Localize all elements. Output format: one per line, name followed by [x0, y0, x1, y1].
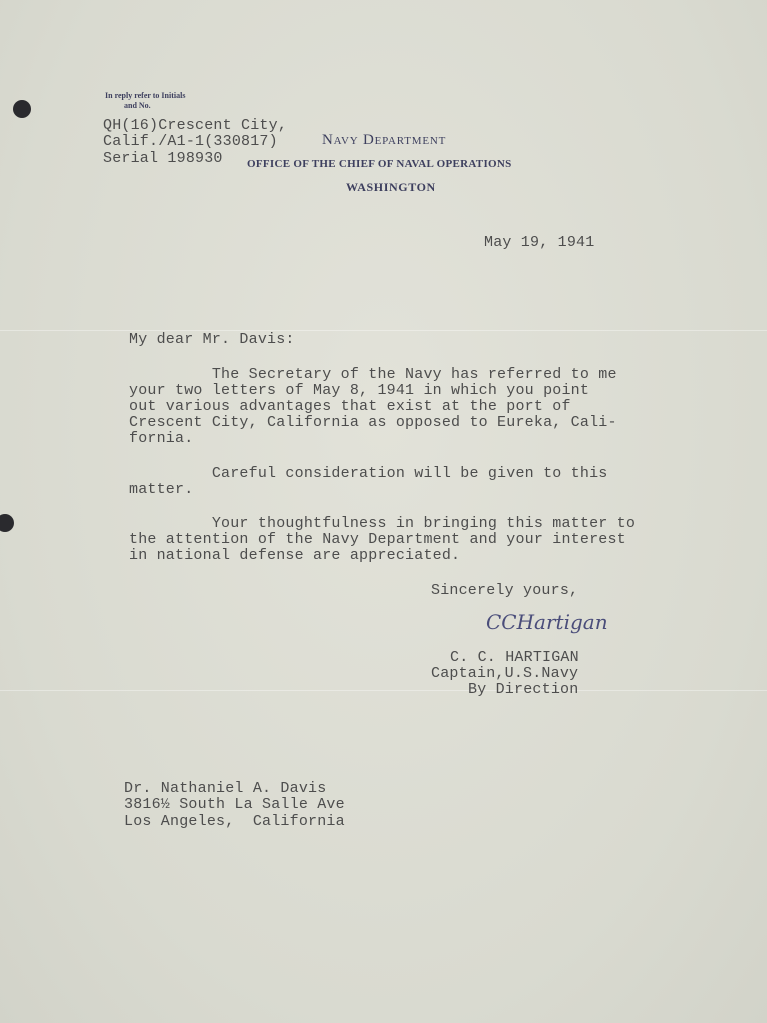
recipient-line: 3816½ South La Salle Ave: [124, 797, 345, 814]
salutation: My dear Mr. Davis:: [129, 332, 295, 349]
body-line: fornia.: [129, 431, 193, 448]
handwritten-signature: CCHartigan: [486, 610, 608, 634]
paper-fold: [0, 330, 767, 331]
paper-fold: [0, 690, 767, 691]
department-name: Navy Department: [322, 132, 446, 149]
body-line: Crescent City, California as opposed to …: [129, 415, 617, 432]
office-name: OFFICE OF THE CHIEF OF NAVAL OPERATIONS: [247, 158, 512, 170]
complimentary-close: Sincerely yours,: [431, 583, 578, 600]
recipient-line: Los Angeles, California: [124, 814, 345, 831]
body-line: Careful consideration will be given to t…: [129, 466, 607, 483]
city-name: WASHINGTON: [346, 180, 436, 195]
reply-note-2: and No.: [124, 101, 151, 111]
reference-line: Calif./A1-1(330817): [103, 134, 278, 151]
reference-line: Serial 198930: [103, 151, 223, 168]
body-line: in national defense are appreciated.: [129, 548, 460, 565]
reply-note: In reply refer to Initials: [105, 91, 185, 101]
punch-hole: [13, 100, 31, 118]
signer-note: By Direction: [468, 682, 578, 699]
letter-date: May 19, 1941: [484, 235, 594, 252]
body-line: matter.: [129, 482, 193, 499]
